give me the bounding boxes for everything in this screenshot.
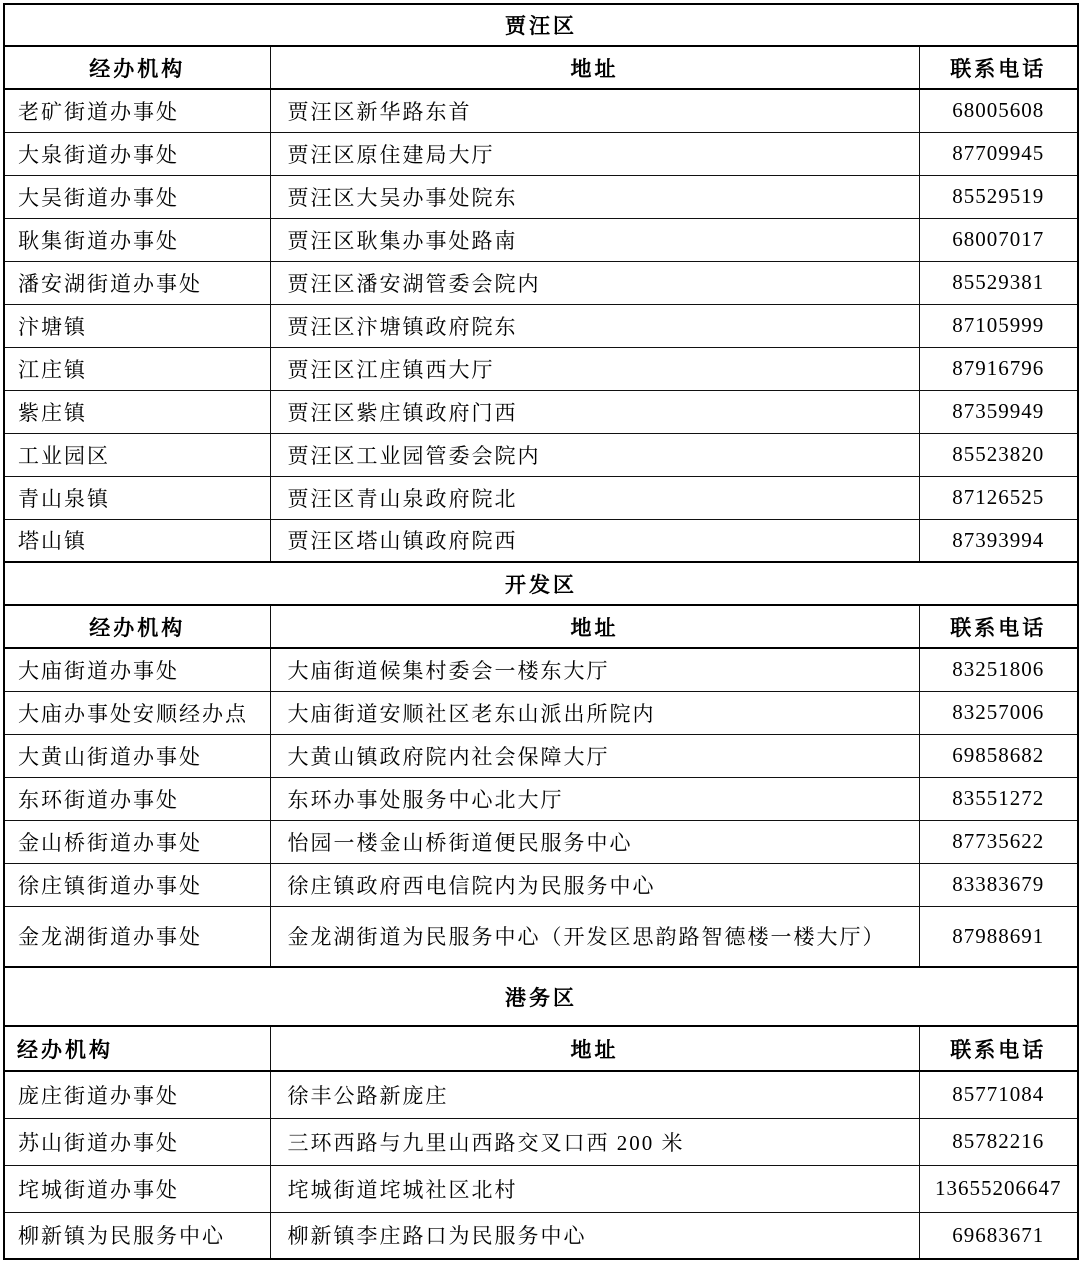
section-title: 贾汪区: [4, 4, 1078, 46]
agency-name: 徐庄镇街道办事处: [4, 863, 270, 906]
address: 金龙湖街道为民服务中心（开发区思韵路智德楼一楼大厅）: [270, 906, 919, 967]
address: 东环办事处服务中心北大厅: [270, 777, 919, 820]
address: 垞城街道垞城社区北村: [270, 1165, 919, 1212]
table-row: 塔山镇贾汪区塔山镇政府院西87393994: [4, 519, 1078, 562]
agency-name: 东环街道办事处: [4, 777, 270, 820]
address: 贾汪区紫庄镇政府门西: [270, 390, 919, 433]
agency-name: 大黄山街道办事处: [4, 734, 270, 777]
phone-number: 87393994: [919, 519, 1078, 562]
column-header: 地址: [270, 1026, 919, 1071]
address: 三环西路与九里山西路交叉口西 200 米: [270, 1118, 919, 1165]
agency-name: 苏山街道办事处: [4, 1118, 270, 1165]
address: 大庙街道候集村委会一楼东大厅: [270, 648, 919, 691]
document-page: 贾汪区经办机构地址联系电话老矿街道办事处贾汪区新华路东首68005608大泉街道…: [0, 0, 1080, 1261]
table-row: 东环街道办事处东环办事处服务中心北大厅83551272: [4, 777, 1078, 820]
agency-name: 大吴街道办事处: [4, 175, 270, 218]
table-row: 工业园区贾汪区工业园管委会院内85523820: [4, 433, 1078, 476]
section-title: 港务区: [4, 967, 1078, 1026]
phone-number: 83383679: [919, 863, 1078, 906]
table-row: 金山桥街道办事处怡园一楼金山桥街道便民服务中心87735622: [4, 820, 1078, 863]
column-header-row: 经办机构地址联系电话: [4, 46, 1078, 89]
column-header: 联系电话: [919, 605, 1078, 648]
column-header: 经办机构: [4, 1026, 270, 1071]
table-row: 耿集街道办事处贾汪区耿集办事处路南68007017: [4, 218, 1078, 261]
phone-number: 87988691: [919, 906, 1078, 967]
agency-name: 潘安湖街道办事处: [4, 261, 270, 304]
address: 贾汪区大吴办事处院东: [270, 175, 919, 218]
table-body: 贾汪区经办机构地址联系电话老矿街道办事处贾汪区新华路东首68005608大泉街道…: [4, 4, 1078, 1259]
phone-number: 83251806: [919, 648, 1078, 691]
table-row: 大庙办事处安顺经办点大庙街道安顺社区老东山派出所院内83257006: [4, 691, 1078, 734]
agency-name: 金山桥街道办事处: [4, 820, 270, 863]
phone-number: 87735622: [919, 820, 1078, 863]
address: 大庙街道安顺社区老东山派出所院内: [270, 691, 919, 734]
table-row: 金龙湖街道办事处金龙湖街道为民服务中心（开发区思韵路智德楼一楼大厅）879886…: [4, 906, 1078, 967]
agency-name: 青山泉镇: [4, 476, 270, 519]
agency-name: 耿集街道办事处: [4, 218, 270, 261]
column-header: 联系电话: [919, 46, 1078, 89]
table-row: 柳新镇为民服务中心柳新镇李庄路口为民服务中心69683671: [4, 1212, 1078, 1259]
column-header: 地址: [270, 46, 919, 89]
address: 怡园一楼金山桥街道便民服务中心: [270, 820, 919, 863]
phone-number: 68007017: [919, 218, 1078, 261]
agency-name: 塔山镇: [4, 519, 270, 562]
phone-number: 87916796: [919, 347, 1078, 390]
address: 徐丰公路新庞庄: [270, 1071, 919, 1118]
agency-name: 汴塘镇: [4, 304, 270, 347]
table-row: 大吴街道办事处贾汪区大吴办事处院东85529519: [4, 175, 1078, 218]
address: 贾汪区江庄镇西大厅: [270, 347, 919, 390]
table-row: 汴塘镇贾汪区汴塘镇政府院东87105999: [4, 304, 1078, 347]
agency-name: 金龙湖街道办事处: [4, 906, 270, 967]
table-row: 老矿街道办事处贾汪区新华路东首68005608: [4, 89, 1078, 132]
table-row: 紫庄镇贾汪区紫庄镇政府门西87359949: [4, 390, 1078, 433]
address: 柳新镇李庄路口为民服务中心: [270, 1212, 919, 1259]
column-header: 经办机构: [4, 46, 270, 89]
section-title-row: 贾汪区: [4, 4, 1078, 46]
phone-number: 87105999: [919, 304, 1078, 347]
agency-name: 庞庄街道办事处: [4, 1071, 270, 1118]
address: 大黄山镇政府院内社会保障大厅: [270, 734, 919, 777]
table-row: 潘安湖街道办事处贾汪区潘安湖管委会院内85529381: [4, 261, 1078, 304]
agency-name: 工业园区: [4, 433, 270, 476]
agency-name: 紫庄镇: [4, 390, 270, 433]
column-header-row: 经办机构地址联系电话: [4, 605, 1078, 648]
agency-name: 大泉街道办事处: [4, 132, 270, 175]
agency-name: 老矿街道办事处: [4, 89, 270, 132]
phone-number: 85782216: [919, 1118, 1078, 1165]
phone-number: 85523820: [919, 433, 1078, 476]
phone-number: 87359949: [919, 390, 1078, 433]
phone-number: 68005608: [919, 89, 1078, 132]
phone-number: 83257006: [919, 691, 1078, 734]
agency-name: 柳新镇为民服务中心: [4, 1212, 270, 1259]
phone-number: 87709945: [919, 132, 1078, 175]
agency-name: 大庙办事处安顺经办点: [4, 691, 270, 734]
address: 贾汪区原住建局大厅: [270, 132, 919, 175]
table-row: 庞庄街道办事处徐丰公路新庞庄85771084: [4, 1071, 1078, 1118]
agency-name: 江庄镇: [4, 347, 270, 390]
table-row: 青山泉镇贾汪区青山泉政府院北87126525: [4, 476, 1078, 519]
address: 贾汪区塔山镇政府院西: [270, 519, 919, 562]
column-header: 地址: [270, 605, 919, 648]
table-row: 苏山街道办事处三环西路与九里山西路交叉口西 200 米85782216: [4, 1118, 1078, 1165]
phone-number: 85529381: [919, 261, 1078, 304]
address: 徐庄镇政府西电信院内为民服务中心: [270, 863, 919, 906]
section-title-row: 开发区: [4, 562, 1078, 605]
phone-number: 83551272: [919, 777, 1078, 820]
address: 贾汪区汴塘镇政府院东: [270, 304, 919, 347]
table-row: 大庙街道办事处大庙街道候集村委会一楼东大厅83251806: [4, 648, 1078, 691]
phone-number: 69683671: [919, 1212, 1078, 1259]
address: 贾汪区耿集办事处路南: [270, 218, 919, 261]
table-row: 大泉街道办事处贾汪区原住建局大厅87709945: [4, 132, 1078, 175]
phone-number: 85771084: [919, 1071, 1078, 1118]
phone-number: 13655206647: [919, 1165, 1078, 1212]
section-title: 开发区: [4, 562, 1078, 605]
agency-name: 垞城街道办事处: [4, 1165, 270, 1212]
table-row: 大黄山街道办事处大黄山镇政府院内社会保障大厅69858682: [4, 734, 1078, 777]
table-row: 垞城街道办事处垞城街道垞城社区北村13655206647: [4, 1165, 1078, 1212]
table-row: 江庄镇贾汪区江庄镇西大厅87916796: [4, 347, 1078, 390]
phone-number: 87126525: [919, 476, 1078, 519]
address: 贾汪区新华路东首: [270, 89, 919, 132]
address: 贾汪区潘安湖管委会院内: [270, 261, 919, 304]
address: 贾汪区青山泉政府院北: [270, 476, 919, 519]
office-contact-table: 贾汪区经办机构地址联系电话老矿街道办事处贾汪区新华路东首68005608大泉街道…: [3, 3, 1079, 1260]
agency-name: 大庙街道办事处: [4, 648, 270, 691]
phone-number: 69858682: [919, 734, 1078, 777]
table-row: 徐庄镇街道办事处徐庄镇政府西电信院内为民服务中心83383679: [4, 863, 1078, 906]
column-header: 经办机构: [4, 605, 270, 648]
column-header: 联系电话: [919, 1026, 1078, 1071]
phone-number: 85529519: [919, 175, 1078, 218]
column-header-row: 经办机构地址联系电话: [4, 1026, 1078, 1071]
address: 贾汪区工业园管委会院内: [270, 433, 919, 476]
section-title-row: 港务区: [4, 967, 1078, 1026]
